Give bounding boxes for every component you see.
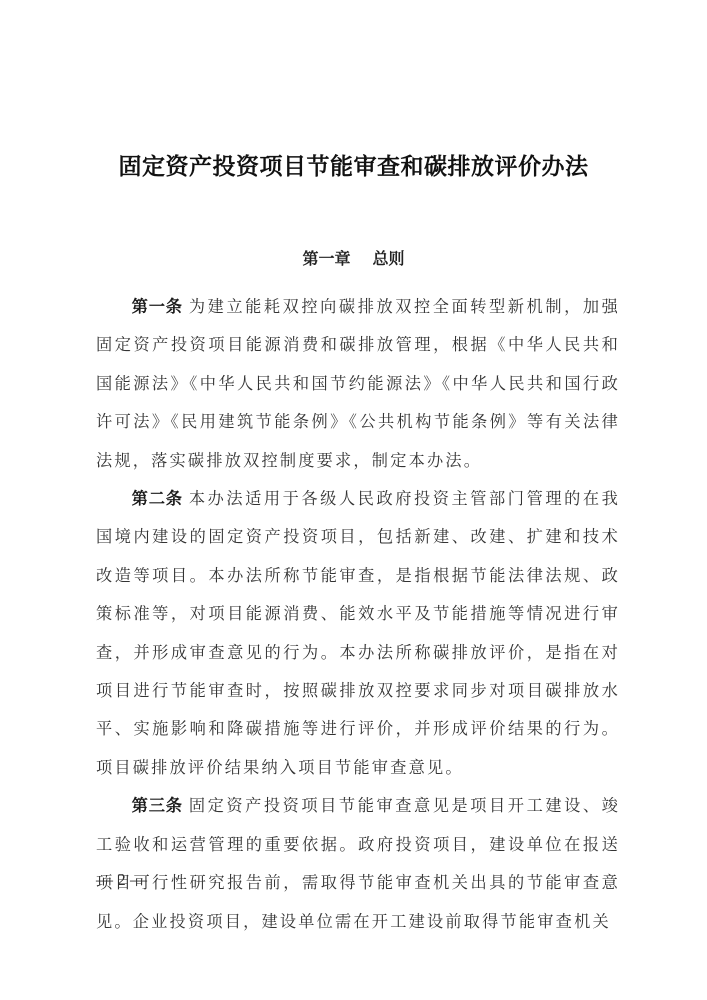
article-2: 第二条本办法适用于各级人民政府投资主管部门管理的在我国境内建设的固定资产投资项目… [96,480,620,787]
chapter-number: 第一章 [302,249,350,268]
article-label: 第一条 [132,297,183,316]
article-3: 第三条固定资产投资项目节能审查意见是项目开工建设、竣工验收和运营管理的重要依据。… [96,787,620,941]
article-1: 第一条为建立能耗双控向碳排放双控全面转型新机制，加强固定资产投资项目能源消费和碳… [96,288,620,480]
article-text: 固定资产投资项目节能审查意见是项目开工建设、竣工验收和运营管理的重要依据。政府投… [96,796,620,930]
page-number: — 2 — [96,870,147,890]
article-label: 第二条 [132,489,183,508]
article-text: 为建立能耗双控向碳排放双控全面转型新机制，加强固定资产投资项目能源消费和碳排放管… [96,297,620,470]
document-title: 固定资产投资项目节能审查和碳排放评价办法 [0,148,707,181]
chapter-heading: 第一章总则 [0,246,707,269]
document-page: 固定资产投资项目节能审查和碳排放评价办法 第一章总则 第一条为建立能耗双控向碳排… [0,0,707,1000]
chapter-name: 总则 [373,249,405,268]
article-label: 第三条 [132,796,183,815]
article-text: 本办法适用于各级人民政府投资主管部门管理的在我国境内建设的固定资产投资项目，包括… [96,489,620,777]
document-body: 第一条为建立能耗双控向碳排放双控全面转型新机制，加强固定资产投资项目能源消费和碳… [96,288,620,941]
